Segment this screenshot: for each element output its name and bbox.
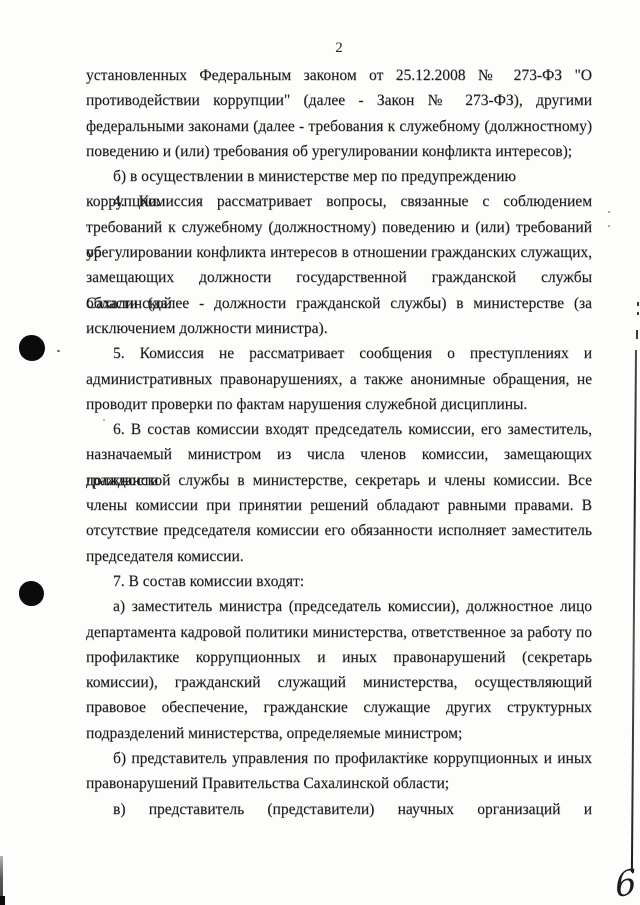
- document-body: установленных Федеральным законом от 25.…: [86, 63, 592, 822]
- text-line: председателя комиссии.: [86, 544, 592, 569]
- scan-corner-artifact: [0, 896, 5, 905]
- paragraph: б) в осуществлении в министерстве мер по…: [86, 164, 592, 189]
- text-line: урегулировании конфликта интересов в отн…: [86, 240, 592, 265]
- scan-speckle: [57, 350, 60, 352]
- paragraph: 7. В состав комиссии входят:: [86, 569, 592, 594]
- text-line: б) в осуществлении в министерстве мер по…: [86, 164, 592, 189]
- text-line: исключением должности министра).: [86, 316, 592, 341]
- paragraph: а) заместитель министра (председатель ко…: [86, 594, 592, 746]
- text-line: проводит проверки по фактам нарушения сл…: [86, 392, 592, 417]
- scan-edge-dash: [637, 302, 639, 306]
- punch-hole-bottom-icon: [19, 581, 44, 606]
- text-line: 5. Комиссия не рассматривает сообщения о…: [86, 341, 592, 366]
- text-line: отсутствие председателя комиссии его обя…: [86, 518, 592, 543]
- text-line: федеральными законами (далее - требовани…: [86, 114, 592, 139]
- text-line: требований к служебному (должностному) п…: [86, 215, 592, 240]
- text-line: назначаемый министром из числа членов ко…: [86, 442, 592, 467]
- page-number: 2: [86, 40, 592, 57]
- text-line: б) представитель управления по профилакт…: [86, 746, 592, 771]
- text-line: поведению и (или) требования об урегулир…: [86, 139, 592, 164]
- text-line: правонарушений Правительства Сахалинской…: [86, 771, 592, 796]
- text-line: гражданской службы в министерстве, секре…: [86, 468, 592, 493]
- text-line: в) представитель (представители) научных…: [86, 797, 592, 822]
- text-line: а) заместитель министра (председатель ко…: [86, 594, 592, 619]
- text-line: члены комиссии при принятии решений обла…: [86, 493, 592, 518]
- paragraph: 5. Комиссия не рассматривает сообщения о…: [86, 341, 592, 417]
- text-line: установленных Федеральным законом от 25.…: [86, 63, 592, 88]
- text-line: области (далее - должности гражданской с…: [86, 291, 592, 316]
- scan-speckle: [103, 419, 105, 421]
- text-line: подразделений министерства, определяемые…: [86, 721, 592, 746]
- scan-edge-dash: [636, 330, 638, 339]
- paragraph: 4. Комиссия рассматривает вопросы, связа…: [86, 189, 592, 341]
- text-line: департамента кадровой политики министерс…: [86, 620, 592, 645]
- text-line: противодействии коррупции" (далее - Зако…: [86, 88, 592, 113]
- text-line: 4. Комиссия рассматривает вопросы, связа…: [86, 189, 592, 214]
- text-line: комиссии), гражданский служащий министер…: [86, 670, 592, 695]
- paragraph: установленных Федеральным законом от 25.…: [86, 63, 592, 164]
- scan-speckle: [608, 225, 610, 227]
- scan-speckle: [407, 752, 409, 754]
- paragraph: в) представитель (представители) научных…: [86, 797, 592, 822]
- text-line: административных правонарушениях, а такж…: [86, 367, 592, 392]
- punch-hole-top-icon: [19, 335, 45, 361]
- paragraph: б) представитель управления по профилакт…: [86, 746, 592, 797]
- paragraph: 6. В состав комиссии входят председатель…: [86, 417, 592, 569]
- text-line: замещающих должности государственной гра…: [86, 265, 592, 290]
- text-line: 7. В состав комиссии входят:: [86, 569, 592, 594]
- text-line: профилактике коррупционных и иных правон…: [86, 645, 592, 670]
- text-line: правовое обеспечение, гражданские служащ…: [86, 695, 592, 720]
- scan-page-edge-line: [631, 350, 637, 872]
- text-line: 6. В состав комиссии входят председатель…: [86, 417, 592, 442]
- scanned-document-page: 2 установленных Федеральным законом от 2…: [0, 0, 640, 905]
- scan-edge-dash: [637, 312, 639, 315]
- scan-speckle: [608, 211, 610, 213]
- handwritten-page-mark: 6: [614, 862, 638, 905]
